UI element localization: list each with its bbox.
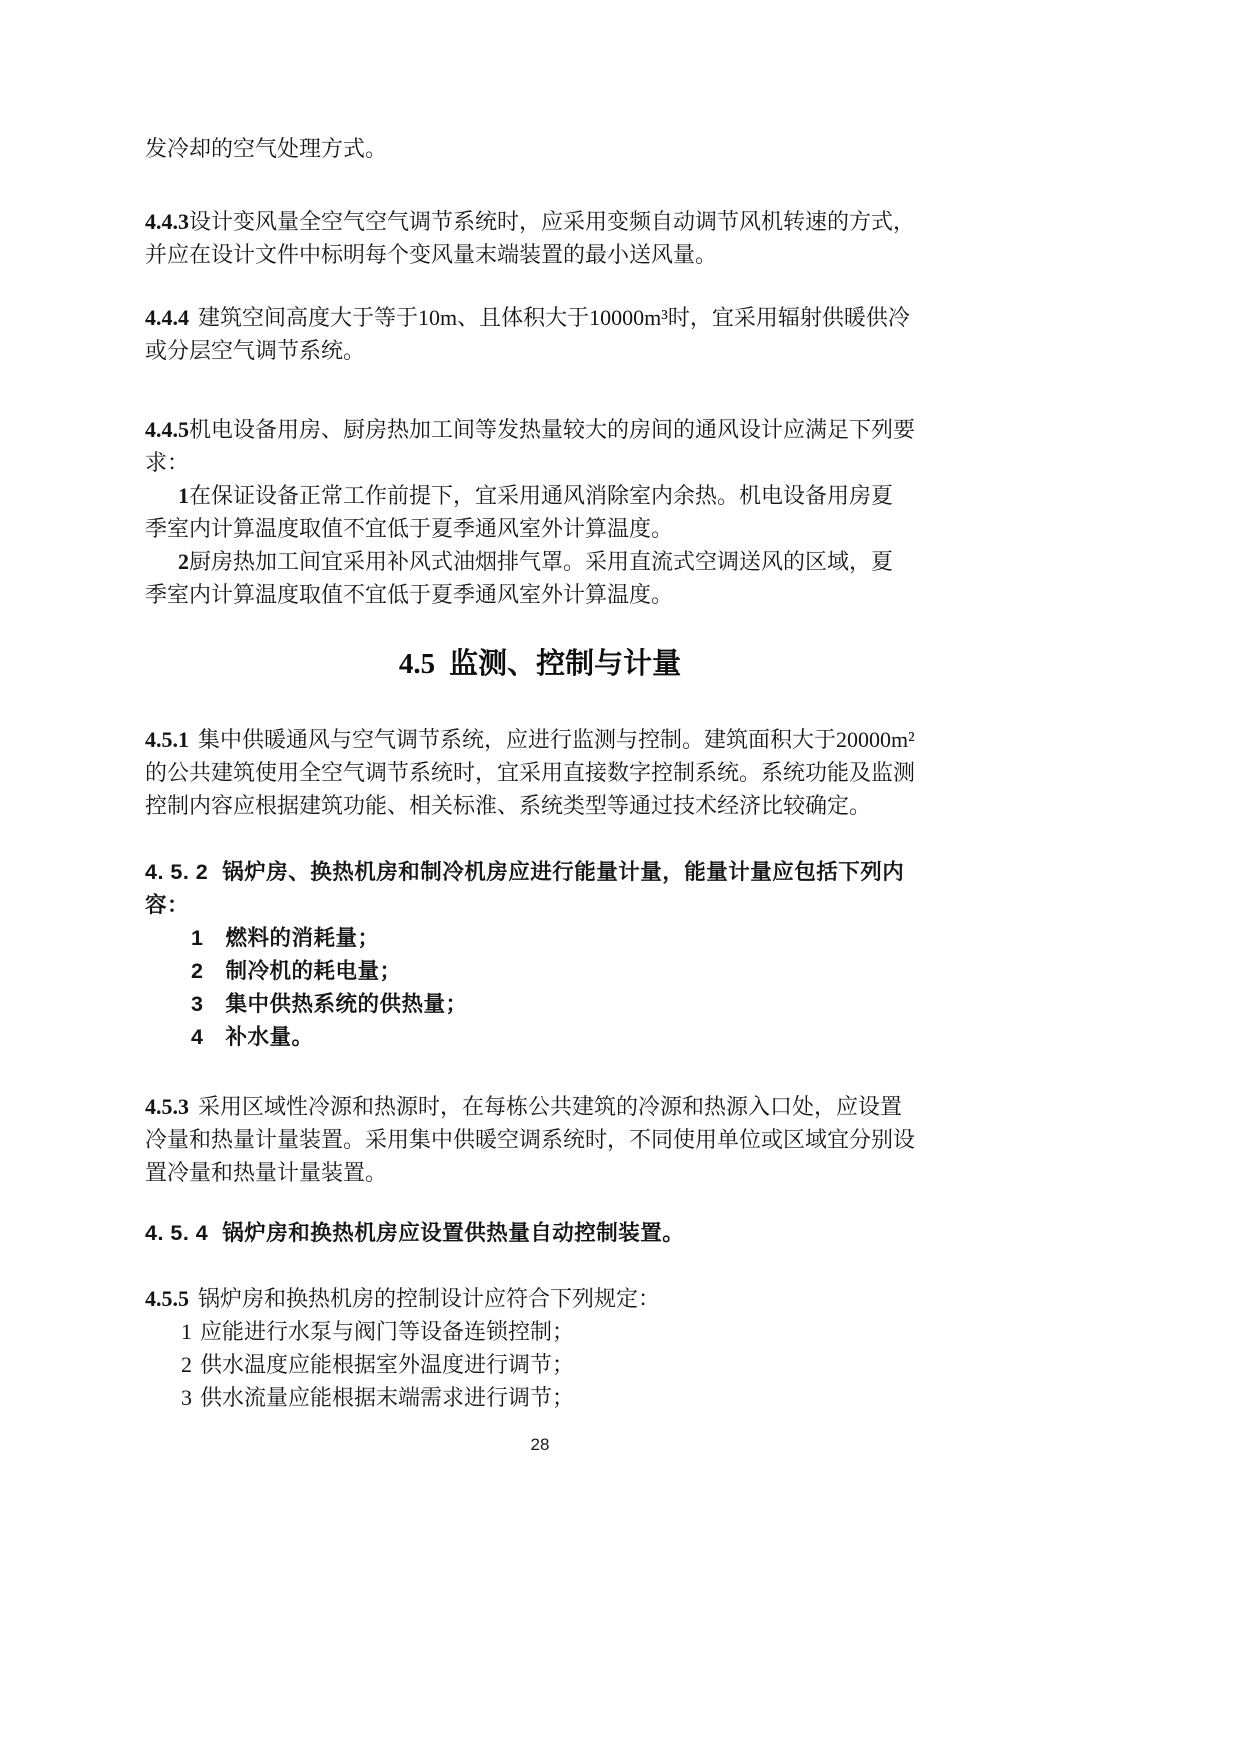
list-item-number: 2	[181, 1352, 192, 1377]
clause-4-5-5: 4.5.5锅炉房和换热机房的控制设计应符合下列规定： 1应能进行水泵与阀门等设备…	[145, 1282, 935, 1414]
clause-4-4-3: 4.4.3设计变风量全空气空气调节系统时，应采用变频自动调节风机转速的方式， 并…	[145, 205, 935, 271]
list-item: 1应能进行水泵与阀门等设备连锁控制；	[145, 1315, 935, 1348]
list-item-text: 补水量。	[225, 1025, 313, 1049]
clause-label: 4.5.1	[145, 727, 189, 752]
clause-text: 锅炉房和换热机房应设置供热量自动控制装置。	[222, 1221, 684, 1245]
clause-4-5-2: 4. 5. 2锅炉房、换热机房和制冷机房应进行能量计量，能量计量应包括下列内 容…	[145, 856, 935, 1054]
sub-item-text: 厨房热加工间宜采用补风式油烟排气罩。采用直流式空调送风的区域，夏	[189, 549, 893, 574]
list-item-number: 2	[191, 959, 203, 983]
clause-line: 4.4.5机电设备用房、厨房热加工间等发热量较大的房间的通风设计应满足下列要	[145, 413, 935, 446]
clause-label: 4.4.4	[145, 305, 189, 330]
sub-item-2-continuation: 季室内计算温度取值不宜低于夏季通风室外计算温度。	[145, 578, 935, 611]
clause-line: 4.5.3采用区域性冷源和热源时，在每栋公共建筑的冷源和热源入口处，应设置	[145, 1090, 935, 1123]
page-number: 28	[145, 1434, 935, 1456]
clause-line: 置冷量和热量计量装置。	[145, 1156, 935, 1189]
clause-label: 4. 5. 4	[145, 1221, 208, 1245]
clause-text: 采用区域性冷源和热源时，在每栋公共建筑的冷源和热源入口处，应设置	[198, 1094, 902, 1119]
list-item: 2供水温度应能根据室外温度进行调节；	[145, 1348, 935, 1381]
clause-line: 4.5.1集中供暖通风与空气调节系统，应进行监测与控制。建筑面积大于20000m…	[145, 723, 935, 756]
clause-label: 4.5.3	[145, 1094, 189, 1119]
clause-line: 4. 5. 4锅炉房和换热机房应设置供热量自动控制装置。	[145, 1217, 935, 1250]
list-item-text: 制冷机的耗电量；	[225, 959, 401, 983]
clause-text: 集中供暖通风与空气调节系统，应进行监测与控制。建筑面积大于20000m²	[198, 727, 915, 752]
clause-line: 4. 5. 2锅炉房、换热机房和制冷机房应进行能量计量，能量计量应包括下列内	[145, 856, 935, 889]
paragraph-continuation: 发冷却的空气处理方式。	[145, 132, 935, 165]
sub-item-1: 1在保证设备正常工作前提下，宜采用通风消除室内余热。机电设备用房夏	[145, 479, 935, 512]
sub-item-number: 1	[178, 483, 189, 508]
clause-text: 锅炉房、换热机房和制冷机房应进行能量计量，能量计量应包括下列内	[222, 860, 904, 884]
clause-line: 4.4.3设计变风量全空气空气调节系统时，应采用变频自动调节风机转速的方式，	[145, 205, 935, 238]
list-item: 1燃料的消耗量；	[145, 922, 935, 955]
list-item-number: 4	[191, 1025, 203, 1049]
clause-label: 4.4.3	[145, 209, 189, 234]
clause-label: 4.5.5	[145, 1286, 189, 1311]
sub-item-2: 2厨房热加工间宜采用补风式油烟排气罩。采用直流式空调送风的区域，夏	[145, 545, 935, 578]
clause-line: 容：	[145, 889, 935, 922]
sub-item-1-continuation: 季室内计算温度取值不宜低于夏季通风室外计算温度。	[145, 512, 935, 545]
list-item-text: 应能进行水泵与阀门等设备连锁控制；	[200, 1319, 574, 1344]
clause-4-4-5: 4.4.5机电设备用房、厨房热加工间等发热量较大的房间的通风设计应满足下列要 求…	[145, 413, 935, 611]
list-item: 2制冷机的耗电量；	[145, 955, 935, 988]
section-heading-4-5: 4.5监测、控制与计量	[145, 641, 935, 687]
list-item-text: 燃料的消耗量；	[225, 926, 379, 950]
clause-text: 锅炉房和换热机房的控制设计应符合下列规定：	[198, 1286, 660, 1311]
clause-label: 4. 5. 2	[145, 860, 208, 884]
clause-4-5-4: 4. 5. 4锅炉房和换热机房应设置供热量自动控制装置。	[145, 1217, 935, 1250]
sub-item-number: 2	[178, 549, 189, 574]
list-item-text: 供水流量应能根据末端需求进行调节；	[200, 1385, 574, 1410]
list-item-number: 3	[181, 1385, 192, 1410]
clause-4-5-1: 4.5.1集中供暖通风与空气调节系统，应进行监测与控制。建筑面积大于20000m…	[145, 723, 935, 822]
list-item: 3集中供热系统的供热量；	[145, 988, 935, 1021]
clause-line: 4.5.5锅炉房和换热机房的控制设计应符合下列规定：	[145, 1282, 935, 1315]
clause-line: 控制内容应根据建筑功能、相关标淮、系统类型等通过技术经济比较确定。	[145, 789, 935, 822]
list-item-number: 1	[191, 926, 203, 950]
sub-item-text: 在保证设备正常工作前提下，宜采用通风消除室内余热。机电设备用房夏	[189, 483, 893, 508]
list-item-number: 3	[191, 992, 203, 1016]
clause-label: 4.4.5	[145, 417, 189, 442]
section-title: 监测、控制与计量	[449, 648, 681, 680]
clause-line: 4.4.4建筑空间高度大于等于10m、且体积大于10000m³时，宜采用辐射供暖…	[145, 301, 935, 334]
list-item-text: 供水温度应能根据室外温度进行调节；	[200, 1352, 574, 1377]
clause-text: 设计变风量全空气空气调节系统时，应采用变频自动调节风机转速的方式，	[189, 209, 915, 234]
clause-4-5-3: 4.5.3采用区域性冷源和热源时，在每栋公共建筑的冷源和热源入口处，应设置 冷量…	[145, 1090, 935, 1189]
clause-4-4-4: 4.4.4建筑空间高度大于等于10m、且体积大于10000m³时，宜采用辐射供暖…	[145, 301, 935, 367]
clause-line: 的公共建筑使用全空气调节系统时，宜采用直接数字控制系统。系统功能及监测	[145, 756, 935, 789]
clause-text: 机电设备用房、厨房热加工间等发热量较大的房间的通风设计应满足下列要	[189, 417, 915, 442]
clause-text: 建筑空间高度大于等于10m、且体积大于10000m³时，宜采用辐射供暖供冷	[198, 305, 910, 330]
list-item: 3供水流量应能根据末端需求进行调节；	[145, 1381, 935, 1414]
clause-line: 冷量和热量计量装置。采用集中供暖空调系统时，不同使用单位或区域宜分别设	[145, 1123, 935, 1156]
section-number: 4.5	[399, 648, 435, 680]
list-item: 4补水量。	[145, 1021, 935, 1054]
document-page: 发冷却的空气处理方式。 4.4.3设计变风量全空气空气调节系统时，应采用变频自动…	[0, 0, 1240, 1754]
list-item-number: 1	[181, 1319, 192, 1344]
clause-line: 并应在设计文件中标明每个变风量末端装置的最小送风量。	[145, 238, 935, 271]
clause-line: 求：	[145, 446, 935, 479]
clause-line: 或分层空气调节系统。	[145, 334, 935, 367]
list-item-text: 集中供热系统的供热量；	[225, 992, 467, 1016]
page-content: 发冷却的空气处理方式。 4.4.3设计变风量全空气空气调节系统时，应采用变频自动…	[145, 132, 935, 1456]
